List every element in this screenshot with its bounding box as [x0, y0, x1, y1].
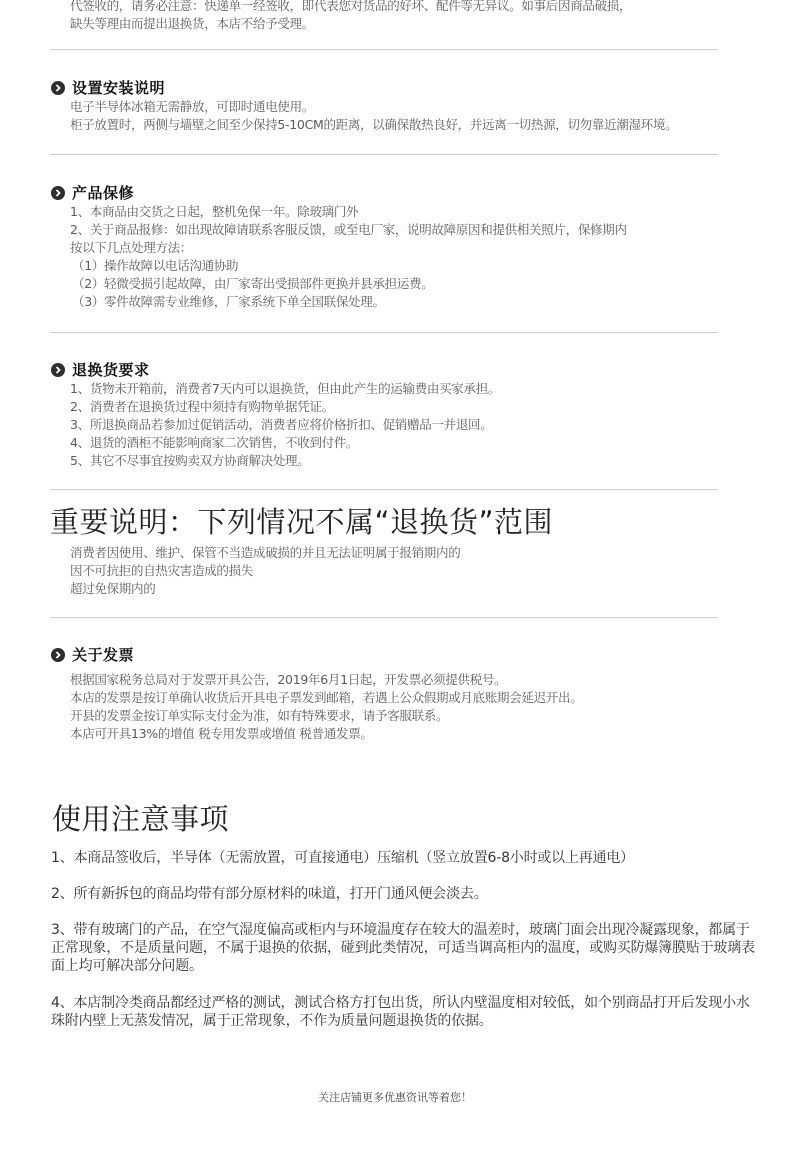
section-title-text: 产品保修 [72, 182, 134, 203]
usage-title: 使用注意事项 [52, 797, 229, 838]
important-line: 消费者因使用、维护、保管不当造成破损的并且无法证明属于报销期内的 [70, 544, 460, 562]
usage-item: 4、本店制冷类商品都经过严格的测试，测试合格方打包出货，所认内壁温度相对较低，如… [51, 994, 763, 1030]
invoice-line: 开县的发票金按订单实际支付金为准，如有特殊要求，请予客服联系。 [70, 707, 582, 725]
warranty-line: （2）轻微受损引起故障，由厂家寄出受损部件更换并县承担运费。 [72, 275, 627, 293]
section-title-returns: 退换货要求 [51, 359, 150, 380]
important-title: 重要说明：下列情况不属“退换货”范围 [50, 500, 553, 541]
divider [50, 489, 718, 490]
divider [50, 49, 718, 50]
returns-line: 3、所退换商品若参加过促销活动，消费者应将价格折扣、促销赠品一并退回。 [70, 416, 500, 434]
section-title-warranty: 产品保修 [51, 182, 134, 203]
invoice-text: 根据国家税务总局对于发票开具公告，2019年6月1日起，开发票必须提供税号。 本… [70, 671, 582, 743]
section-title-invoice: 关于发票 [51, 644, 134, 665]
important-line: 超过免保期内的 [70, 580, 460, 598]
chevron-right-circle-icon [51, 648, 65, 662]
invoice-line: 根据国家税务总局对于发票开具公告，2019年6月1日起，开发票必须提供税号。 [70, 671, 582, 689]
usage-item: 1、本商品签收后，半导体（无需放置，可直接通电）压缩机（竖立放置6-8小时或以上… [51, 849, 771, 867]
install-text: 电子半导体冰箱无需静放，可即时通电使用。 柜子放置时，两侧与墙壁之间至少保持5-… [70, 98, 677, 134]
divider [50, 332, 718, 333]
warranty-line: 1、本商品由交货之日起，整机免保一年。除玻璃门外 [70, 203, 627, 221]
chevron-right-circle-icon [51, 363, 65, 377]
returns-line: 5、其它不尽事宜按购卖双方协商解决处理。 [70, 452, 500, 470]
returns-line: 4、退货的酒柜不能影响商家二次销售，不收到付件。 [70, 434, 500, 452]
warranty-line: （3）零件故障需专业维修，厂家系统下单全国联保处理。 [72, 293, 627, 311]
chevron-right-circle-icon [51, 81, 65, 95]
footer-text: 关注店铺更多优惠资讯等着您！ [0, 1089, 790, 1105]
warranty-line: 按以下几点处理方法： [70, 239, 627, 257]
invoice-line: 本店可开具13%的增值 税专用发票或增值 税普通发票。 [70, 725, 582, 743]
usage-item: 3、带有玻璃门的产品，在空气湿度偏高或柜内与环境温度存在较大的温差时，玻璃门面会… [51, 921, 763, 975]
section-title-text: 退换货要求 [72, 359, 150, 380]
divider [50, 154, 718, 155]
section-title-install: 设置安装说明 [51, 77, 165, 98]
section-title-text: 关于发票 [72, 644, 134, 665]
section-title-text: 设置安装说明 [72, 77, 165, 98]
intro-line: 代签收的，请务必注意：快递单一经签收，即代表您对货品的好坏、配件等无异议。如事后… [70, 0, 631, 15]
install-line: 电子半导体冰箱无需静放，可即时通电使用。 [70, 98, 677, 116]
divider [50, 617, 718, 618]
returns-text: 1、货物未开箱前，消费者7天内可以退换货，但由此产生的运输费由买家承担。 2、消… [70, 380, 500, 470]
install-line: 柜子放置时，两侧与墙壁之间至少保持5-10CM的距离，以确保散热良好，并远离一切… [70, 116, 677, 134]
usage-item: 2、所有新拆包的商品均带有部分原材料的味道，打开门通风便会淡去。 [51, 885, 771, 903]
intro-text: 代签收的，请务必注意：快递单一经签收，即代表您对货品的好坏、配件等无异议。如事后… [70, 0, 631, 33]
important-line: 因不可抗拒的自热灾害造成的损失 [70, 562, 460, 580]
warranty-line: 2、关于商品报修：如出现故障请联系客服反馈，或至电厂家，说明故障原因和提供相关照… [70, 221, 627, 239]
chevron-right-circle-icon [51, 186, 65, 200]
returns-line: 1、货物未开箱前，消费者7天内可以退换货，但由此产生的运输费由买家承担。 [70, 380, 500, 398]
returns-line: 2、消费者在退换货过程中须持有购物单据凭证。 [70, 398, 500, 416]
important-text: 消费者因使用、维护、保管不当造成破损的并且无法证明属于报销期内的 因不可抗拒的自… [70, 544, 460, 598]
warranty-text: 1、本商品由交货之日起，整机免保一年。除玻璃门外 2、关于商品报修：如出现故障请… [70, 203, 627, 311]
invoice-line: 本店的发票是按订单确认收货后开具电子票发到邮箱，若遇上公众假期或月底账期会延迟开… [70, 689, 582, 707]
intro-line: 缺失等理由而提出退换货，本店不给予受理。 [70, 15, 631, 33]
warranty-line: （1）操作故障以电话沟通协助 [72, 257, 627, 275]
